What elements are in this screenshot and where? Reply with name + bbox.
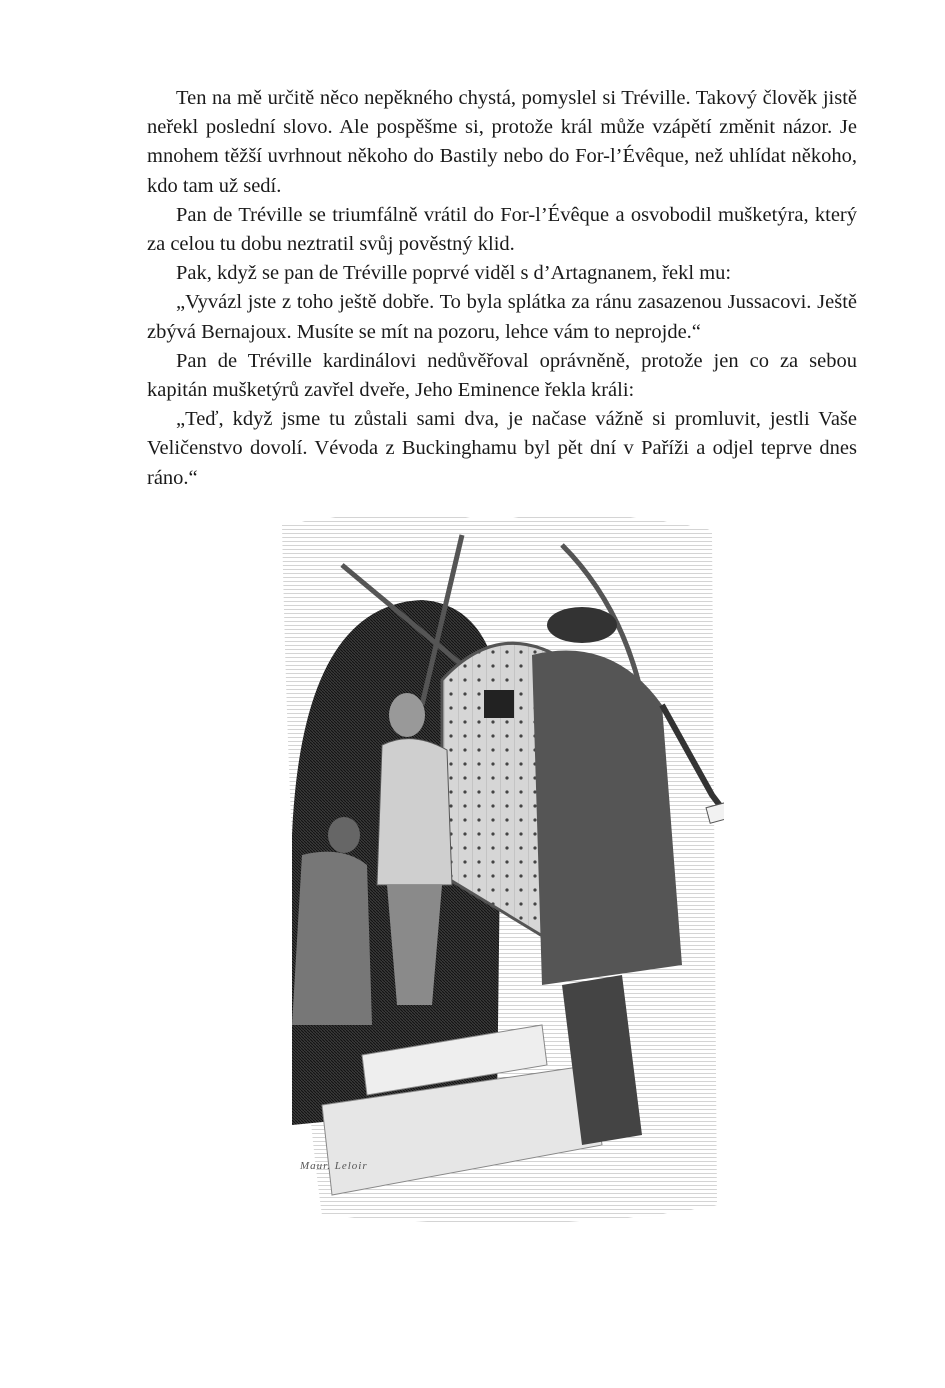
- illustration-image: [262, 505, 724, 1240]
- paragraph: Pan de Tréville se triumfálně vrátil do …: [147, 201, 857, 259]
- artist-signature: Maur. Leloir: [300, 1160, 368, 1172]
- paragraph: „Teď, když jsme tu zůstali sami dva, je …: [147, 405, 857, 493]
- body-text: Ten na mě určitě něco nepěkného chystá, …: [147, 84, 857, 493]
- paragraph: Pak, když se pan de Tréville poprvé vidě…: [147, 259, 857, 288]
- engraving-illustration: [262, 505, 724, 1240]
- paragraph: Ten na mě určitě něco nepěkného chystá, …: [147, 84, 857, 201]
- paragraph: Pan de Tréville kardinálovi nedůvěřoval …: [147, 347, 857, 405]
- paragraph: „Vyvázl jste z toho ještě dobře. To byla…: [147, 288, 857, 346]
